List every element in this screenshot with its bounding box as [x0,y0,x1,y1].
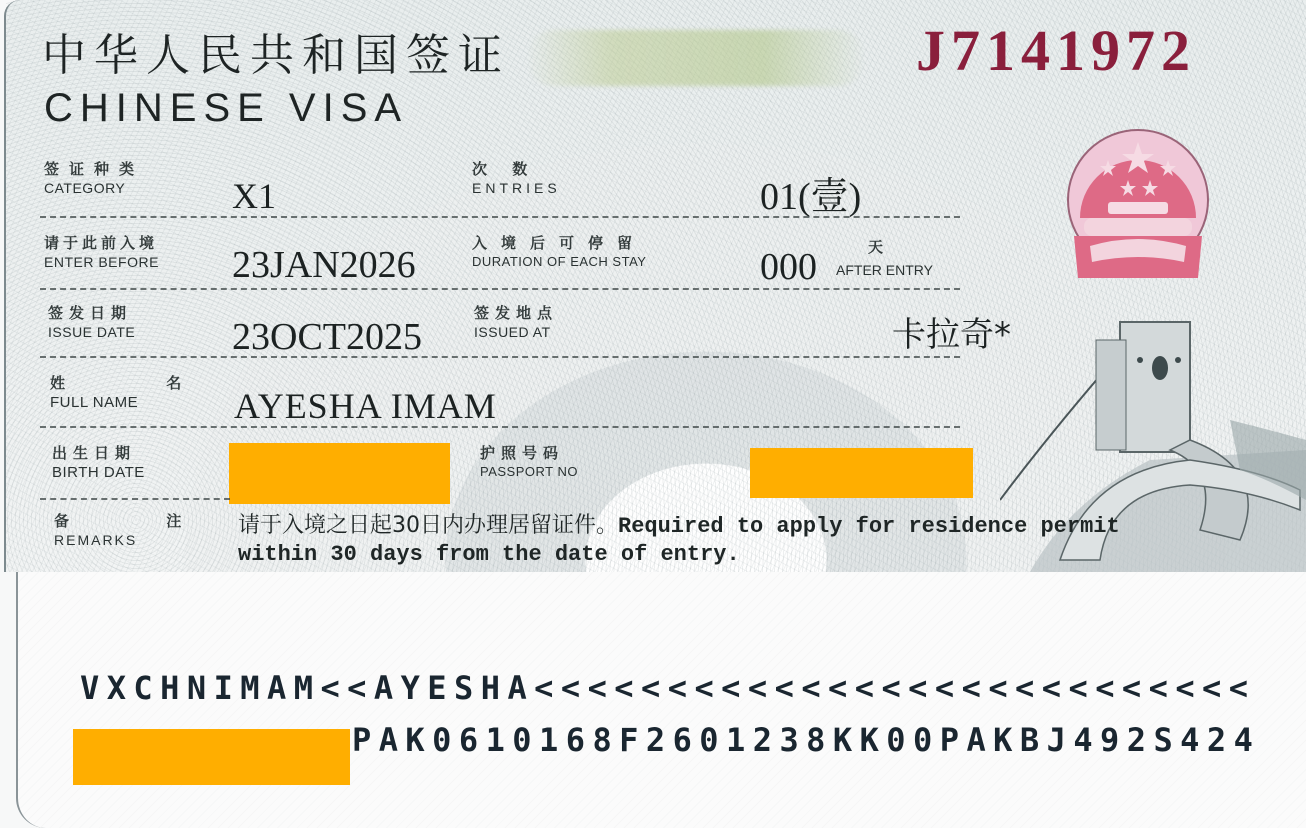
duration-value: 000 [760,248,817,286]
passport-number-redaction [750,448,973,498]
mrz-line-2-redaction [73,729,350,785]
hologram-band [526,30,866,86]
mrz-line-1: VXCHNIMAM<<AYESHA<<<<<<<<<<<<<<<<<<<<<<<… [80,672,1256,704]
issue-date-value: 23OCT2025 [232,318,422,356]
entries-value: 01(壹) [760,178,861,216]
duration-label: 入境后可停留 DURATION OF EACH STAY [472,236,646,268]
passport-number-label: 护照号码 PASSPORT NO [480,446,578,478]
duration-unit-cn: 天 [868,236,883,257]
birth-date-label: 出生日期 BIRTH DATE [52,446,145,480]
remarks-line-1: 请于入境之日起30日内办理居留证件。Required to apply for … [238,512,1306,541]
divider [40,288,960,290]
divider [40,356,960,358]
title-chinese: 中华人民共和国签证 [42,34,510,78]
visa-page: 中华人民共和国签证 CHINESE VISA J7141972 签证种类 [0,0,1306,828]
divider [40,216,960,218]
birth-date-redaction [229,443,450,504]
title-english: CHINESE VISA [44,88,408,128]
category-value: X1 [232,178,276,214]
visa-number: J7141972 [916,22,1196,80]
enter-before-label: 请于此前入境 ENTER BEFORE [44,236,159,269]
remarks-label: 备 注 REMARKS [54,514,227,547]
remarks-line-2: within 30 days from the date of entry. [238,541,1306,569]
duration-unit-en: AFTER ENTRY [836,262,933,278]
divider [40,498,230,500]
issue-date-label: 签发日期 ISSUE DATE [48,306,135,339]
enter-before-value: 23JAN2026 [232,246,416,284]
divider [40,426,960,428]
full-name-value: AYESHA IMAM [234,388,497,424]
mrz-line-2: PAK0610168F2601238KK00PAKBJ492S424 [352,724,1260,756]
category-label: 签证种类 CATEGORY [44,162,144,195]
national-emblem-icon [1050,128,1226,288]
full-name-label: 姓 名 FULL NAME [50,376,229,410]
remarks-text: 请于入境之日起30日内办理居留证件。Required to apply for … [238,512,1306,569]
issued-at-label: 签发地点 ISSUED AT [474,306,558,339]
issued-at-value: 卡拉奇* [892,318,1011,352]
entries-label: 次 数 ENTRIES [472,162,561,195]
